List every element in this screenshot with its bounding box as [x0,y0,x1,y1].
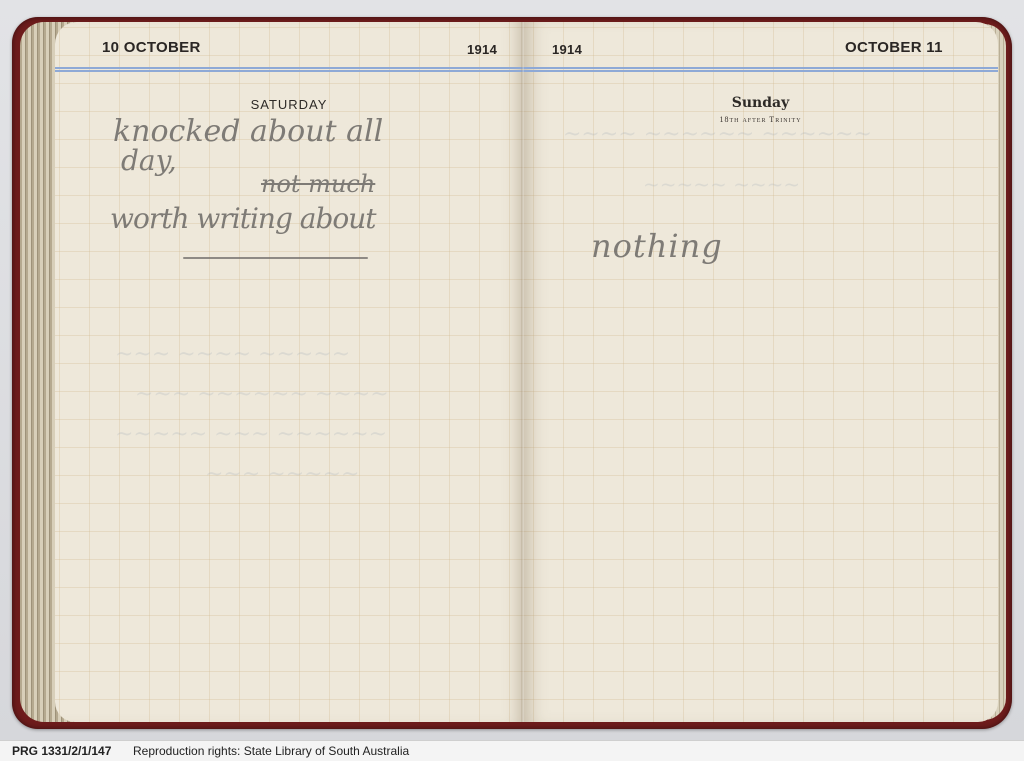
handwriting-line-4: worth writing about [110,202,376,235]
bleed-through-text: ~~~ ~~~~~~ ~~~~ [135,382,389,407]
bleed-through-text: ~~~ ~~~~~ [205,462,359,487]
header-rule [523,67,998,72]
entry-underline [183,257,368,259]
bleed-through-text: ~~~~~ ~~~~ [643,172,800,196]
header-rule [55,67,523,72]
left-page: 10 OCTOBER 1914 SATURDAY knocked about a… [55,22,523,722]
left-date-label: 10 OCTOBER [102,39,201,56]
rights-statement: Reproduction rights: State Library of So… [133,741,409,761]
right-day-name: Sunday [523,95,998,111]
right-page: 1914 OCTOBER 11 Sunday 18th after Trinit… [523,22,998,722]
bleed-through-text: ~~~~~ ~~~ ~~~~~~ [115,422,387,447]
handwriting-nothing: nothing [591,227,723,265]
left-day-name: SATURDAY [55,97,523,112]
caption-bar: PRG 1331/2/1/147 Reproduction rights: St… [0,740,1024,761]
right-year: 1914 [552,42,582,57]
bleed-through-text: ~~~ ~~~~ ~~~~~ [115,342,350,367]
catalog-reference: PRG 1331/2/1/147 [12,741,111,761]
handwriting-line-2: day, [121,144,177,177]
left-year: 1914 [467,42,497,57]
bleed-through-text: ~~~~ ~~~~~~ ~~~~~~ [563,122,872,147]
right-date-label: OCTOBER 11 [845,39,943,56]
handwriting-line-3: not much [261,170,375,198]
spine-gutter [521,22,524,722]
